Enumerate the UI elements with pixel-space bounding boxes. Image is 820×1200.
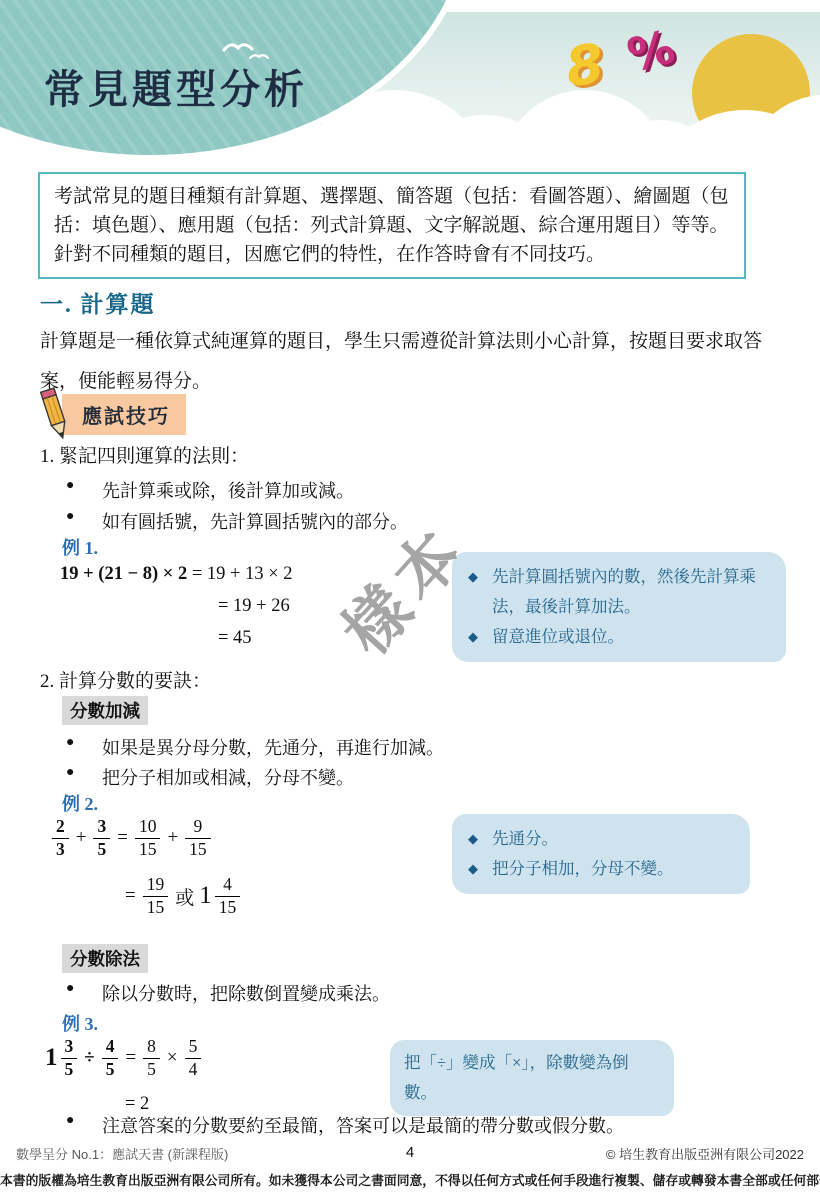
diamond-bullet-icon: ◆	[468, 854, 478, 884]
or-word: 或	[175, 883, 194, 910]
operator: +	[76, 827, 87, 849]
tip-item-2-label: 2. 計算分數的要訣：	[40, 666, 211, 693]
page-header: 8 % 常見題型分析	[0, 0, 820, 170]
fraction: 35	[93, 816, 110, 861]
bullet-icon: ●	[66, 478, 74, 494]
example-1-label: 例 1.	[62, 534, 98, 560]
exam-tips-badge: 應試技巧	[34, 386, 186, 442]
badge-label: 應試技巧	[62, 394, 186, 435]
intro-text: 考試常見的題目種類有計算題、選擇題、簡答題（包括：看圖答題）、繪圖題（包括：填色…	[54, 186, 729, 265]
bullet-icon: ●	[66, 509, 74, 525]
list-item: ● 如果是異分母分數，先通分，再進行加減。	[62, 734, 722, 760]
pencil-icon	[34, 386, 76, 442]
math-expression: 19 + (21 − 8) × 2	[60, 564, 187, 584]
example-2-math: 23 + 35 = 1015 + 915 = 1915 或 1 415	[50, 812, 242, 922]
math-step: = 19 + 13 × 2	[192, 564, 293, 584]
fraction-division-tag: 分數除法	[62, 944, 148, 973]
fraction: 415	[215, 874, 241, 919]
whole-number: 1	[199, 882, 212, 910]
list-item: ● 注意答案的分數要約至最簡，答案可以是最簡的帶分數或假分數。	[62, 1112, 722, 1138]
bullet-icon: ●	[66, 765, 74, 781]
diamond-bullet-icon: ◆	[468, 622, 478, 652]
textbook-page: 8 % 常見題型分析 考試常見的題目種類有計算題、選擇題、簡答題（包括：看圖答題…	[0, 0, 820, 1200]
tip-callout-2: ◆ 先通分。 ◆ 把分子相加，分母不變。	[452, 814, 750, 894]
fraction: 23	[52, 816, 69, 861]
fraction-add-subtract-tag: 分數加減	[62, 696, 148, 725]
bullet-text: 除以分數時，把除數倒置變成乘法。	[102, 984, 390, 1004]
operator: ×	[167, 1047, 178, 1069]
fraction: 45	[102, 1036, 119, 1081]
legal-notice: 本書的版權為培生教育出版亞洲有限公司所有。如未獲得本公司之書面同意，不得以任何方…	[0, 1170, 820, 1189]
fraction: 1915	[143, 874, 169, 919]
example-1-math: 19 + (21 − 8) × 2 = 19 + 13 × 2 = 19 + 2…	[60, 558, 293, 654]
intro-box: 考試常見的題目種類有計算題、選擇題、簡答題（包括：看圖答題）、繪圖題（包括：填色…	[38, 172, 746, 279]
bullet-text: 先計算乘或除，後計算加或減。	[102, 481, 354, 501]
page-footer: 數學呈分 No.1：應試天書 (新課程版) 4 © 培生教育出版亞洲有限公司20…	[0, 1144, 820, 1189]
list-item: ● 先計算乘或除，後計算加或減。	[62, 477, 722, 503]
equals-sign: =	[117, 827, 128, 849]
fraction: 1015	[135, 816, 161, 861]
operator: ÷	[84, 1047, 94, 1069]
list-item: ● 把分子相加或相減，分母不變。	[62, 764, 722, 790]
page-number: 4	[0, 1144, 820, 1161]
callout-text: 先通分。	[492, 829, 558, 848]
math-step: = 19 + 26	[218, 590, 293, 622]
tip-callout-1: ◆ 先計算圓括號內的數，然後先計算乘法，最後計算加法。 ◆ 留意進位或退位。	[452, 552, 786, 662]
equals-sign: =	[125, 1047, 136, 1069]
fraction: 54	[185, 1036, 202, 1081]
bullet-icon: ●	[66, 1113, 74, 1129]
bullet-text: 把分子相加或相減，分母不變。	[102, 768, 354, 788]
callout-text: 留意進位或退位。	[492, 627, 624, 646]
equals-sign: =	[125, 885, 136, 907]
bullet-icon: ●	[66, 981, 74, 997]
bullet-text: 如果是異分母分數，先通分，再進行加減。	[102, 738, 444, 758]
callout-text: 把分子相加，分母不變。	[492, 859, 674, 878]
fraction: 85	[143, 1036, 160, 1081]
diamond-bullet-icon: ◆	[468, 824, 478, 854]
tip-item-1-label: 1. 緊記四則運算的法則：	[40, 441, 249, 468]
callout-text: 把「÷」變成「×」，除數變為倒數。	[404, 1053, 629, 1102]
bullet-text: 注意答案的分數要約至最簡，答案可以是最簡的帶分數或假分數。	[102, 1116, 624, 1136]
bullet-icon: ●	[66, 735, 74, 751]
whole-number: 1	[45, 1044, 58, 1072]
decoration-number-8: 8	[562, 32, 608, 100]
math-step: = 45	[218, 622, 293, 654]
list-item: ● 除以分數時，把除數倒置變成乘法。	[62, 980, 722, 1006]
page-title: 常見題型分析	[44, 58, 308, 115]
fraction: 915	[185, 816, 211, 861]
bullet-text: 如有圓括號，先計算圓括號內的部分。	[102, 512, 408, 532]
callout-text: 先計算圓括號內的數，然後先計算乘法，最後計算加法。	[492, 567, 756, 616]
example-3-math: 1 35 ÷ 45 = 85 × 54 = 2	[45, 1032, 203, 1120]
tip-callout-3: 把「÷」變成「×」，除數變為倒數。	[390, 1040, 674, 1116]
section-heading: 一. 計算題	[40, 286, 156, 319]
fraction: 35	[61, 1036, 78, 1081]
operator: +	[167, 827, 178, 849]
